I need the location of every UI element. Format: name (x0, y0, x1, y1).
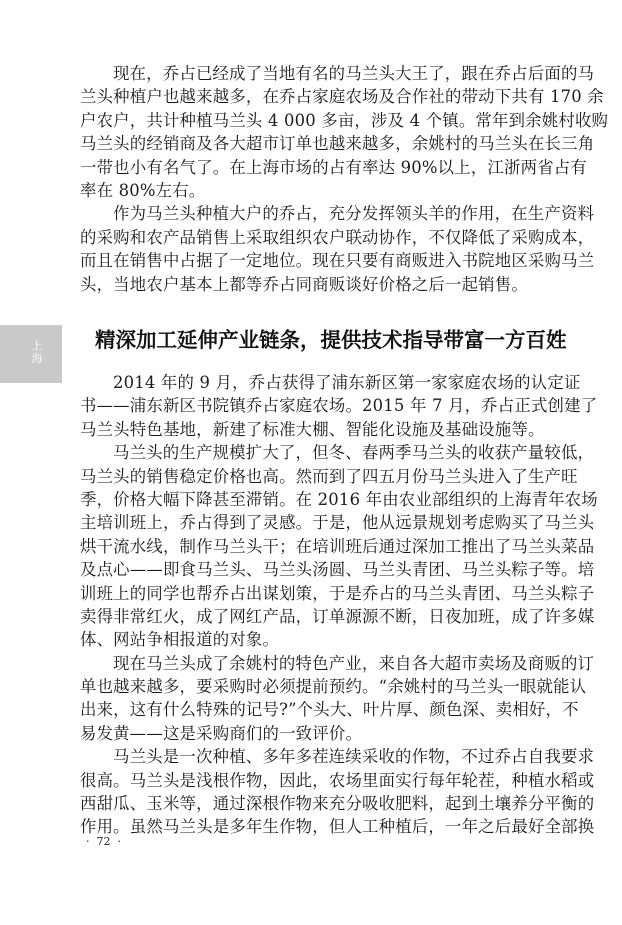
text-line: 户农户，共计种植马兰头 4 000 多亩，涉及 4 个镇。常年到余姚村收购 (80, 109, 532, 132)
text-line: 兰头种植户也越来越多，在乔占家庭农场及合作社的带动下共有 170 余 (80, 85, 532, 108)
text-line: 而且在销售中占据了一定地位。现在只要有商贩进入书院地区采购马兰 (80, 249, 532, 272)
book-page: 上海 现在，乔占已经成了当地有名的马兰头大王了，跟在乔占后面的马 兰头种植户也越… (0, 0, 622, 925)
text-line: 易发黄——这是采购商们的一致评价。 (80, 722, 532, 745)
text-line: 单也越来越多，要采购时必须提前预约。“余姚村的马兰头一眼就能认 (80, 675, 532, 698)
text-line: 现在，乔占已经成了当地有名的马兰头大王了，跟在乔占后面的马 (80, 62, 532, 85)
text-line: 一带也小有名气了。在上海市场的占有率达 90%以上，江浙两省占有 (80, 156, 532, 179)
text-line: 率在 80%左右。 (80, 179, 532, 202)
chapter-side-tab-label: 上海 (30, 339, 44, 365)
text-line: 卖得非常红火，成了网红产品，订单源源不断，日夜加班，成了许多媒 (80, 605, 532, 628)
text-line: 体、网站争相报道的对象。 (80, 628, 532, 651)
text-line: 出来，这有什么特殊的记号?”个头大、叶片厚、颜色深、卖相好，不 (80, 698, 532, 721)
text-line: 训班上的同学也帮乔占出谋划策，于是乔占的马兰头青团、马兰头粽子 (80, 582, 532, 605)
chapter-side-tab: 上海 (0, 325, 62, 383)
text-line: 2014 年的 9 月，乔占获得了浦东新区第一家家庭农场的认定证 (80, 371, 532, 394)
text-line: 马兰头的销售稳定价格也高。然而到了四五月份马兰头进入了生产旺 (80, 465, 532, 488)
text-line: 烘干流水线，制作马兰头干；在培训班后通过深加工推出了马兰头菜品 (80, 535, 532, 558)
text-line: 马兰头的经销商及各大超市订单也越来越多，余姚村的马兰头在长三角 (80, 132, 532, 155)
text-line: 作用。虽然马兰头是多年生作物，但人工种植后，一年之后最好全部换 (80, 815, 532, 838)
section-heading: 精深加工延伸产业链条，提供技术指导带富一方百姓 (95, 326, 527, 354)
text-line: 季，价格大幅下降甚至滞销。在 2016 年由农业部组织的上海青年农场 (80, 488, 532, 511)
text-line: 西甜瓜、玉米等，通过深根作物来充分吸收肥料，起到土壤养分平衡的 (80, 792, 532, 815)
text-line: 作为马兰头种植大户的乔占，充分发挥领头羊的作用，在生产资料 (80, 202, 532, 225)
section2-body: 2014 年的 9 月，乔占获得了浦东新区第一家家庭农场的认定证 书——浦东新区… (80, 371, 532, 839)
text-line: 马兰头特色基地，新建了标准大棚、智能化设施及基础设施等。 (80, 418, 532, 441)
text-line: 很高。马兰头是浅根作物，因此，农场里面实行每年轮茬，种植水稻或 (80, 769, 532, 792)
text-line: 的采购和农产品销售上采取组织农户联动协作，不仅降低了采购成本， (80, 226, 532, 249)
text-line: 马兰头是一次种植、多年多茬连续采收的作物，不过乔占自我要求 (80, 745, 532, 768)
text-line: 书——浦东新区书院镇乔占家庭农场。2015 年 7 月，乔占正式创建了 (80, 394, 532, 417)
page-number: · 72 · (86, 835, 121, 848)
text-line: 及点心——即食马兰头、马兰头汤圆、马兰头青团、马兰头粽子等。培 (80, 558, 532, 581)
text-line: 主培训班上，乔占得到了灵感。于是，他从远景规划考虑购买了马兰头 (80, 511, 532, 534)
text-line: 马兰头的生产规模扩大了，但冬、春两季马兰头的收获产量较低， (80, 441, 532, 464)
text-line: 头，当地农户基本上都等乔占同商贩谈好价格之后一起销售。 (80, 273, 532, 296)
text-line: 现在马兰头成了余姚村的特色产业，来自各大超市卖场及商贩的订 (80, 652, 532, 675)
section1-body: 现在，乔占已经成了当地有名的马兰头大王了，跟在乔占后面的马 兰头种植户也越来越多… (80, 62, 532, 296)
